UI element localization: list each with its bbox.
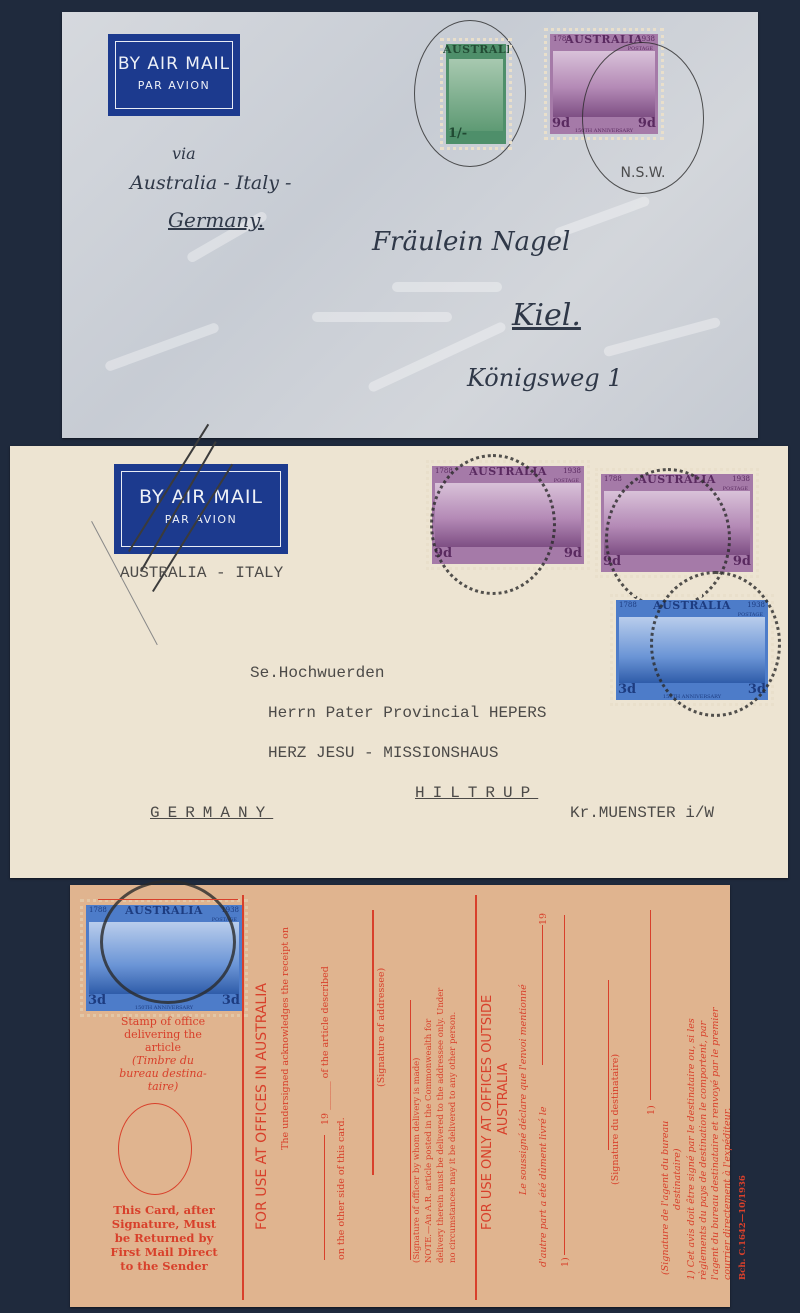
divider-line (475, 895, 477, 1300)
air-mail-label-line1: BY AIR MAIL (116, 54, 232, 74)
postmark-circle (118, 1103, 192, 1195)
address-town: HILTRUP (415, 784, 538, 802)
postmark (650, 571, 781, 717)
ack-line-1: The undersigned acknowledges the receipt… (280, 927, 291, 1150)
address-city: Kiel. (512, 298, 581, 333)
note-line-3: no circumstances may it be delivered to … (448, 1012, 458, 1263)
signature-destinataire-label: (Signature du destinataire) (610, 1054, 621, 1185)
airmail-envelope-2: BY AIR MAIL PAR AVION AUSTRALIA - ITALY … (10, 446, 788, 878)
address-recipient: Fräulein Nagel (372, 227, 570, 257)
air-mail-label-line2: PAR AVION (116, 79, 232, 92)
address-recipient: Herrn Pater Provincial HEPERS (268, 704, 546, 722)
postmark: N.S.W. (582, 42, 704, 194)
divider-line (98, 899, 238, 900)
routing-note-country: Germany. (168, 208, 264, 232)
address-district: Kr.MUENSTER i/W (570, 804, 714, 822)
stamp-banner: 150TH ANNIVERSARY (101, 1005, 227, 1011)
return-instructions: This Card, after Signature, Must be Retu… (94, 1203, 234, 1273)
ack-line-2: 19 ______ of the article described (320, 966, 331, 1125)
signature-line (650, 910, 651, 1100)
acknowledgement-of-receipt-card: 1788 AUSTRALIA 1938 POSTAGE 3d 3d 150TH … (70, 885, 730, 1307)
stamp-year-right: 1938 (732, 475, 750, 483)
routing-note-via: via (172, 144, 196, 163)
declaration-footnote-ref: 1) (560, 1257, 571, 1267)
airmail-envelope-1: BY AIR MAIL PAR AVION AUSTRALIA 1/- 1788… (62, 12, 758, 438)
section-heading-outside-2: AUSTRALIA (496, 1063, 511, 1135)
declaration-line-1: Le soussigné déclare que l'envoi mention… (518, 984, 529, 1195)
section-heading-australia: FOR USE AT OFFICES IN AUSTRALIA (254, 983, 270, 1230)
footnote-line-2: règlements du pays de destination le com… (698, 1021, 709, 1280)
signature-officer-label: (Signature of officer by whom delivery i… (412, 1057, 422, 1263)
stamp-lyrebird: AUSTRALIA 1/- (440, 38, 512, 150)
footnote-line-1: 1) Cet avis doit être signé par le desti… (686, 1018, 697, 1280)
air-mail-label: BY AIR MAIL PAR AVION (114, 464, 288, 554)
air-mail-label-line1: BY AIR MAIL (122, 486, 280, 508)
footnote-line-3: l'agent du bureau destinataire et renvoy… (710, 1007, 721, 1280)
section-heading-outside-1: FOR USE ONLY AT OFFICES OUTSIDE (480, 995, 495, 1230)
address-country: GERMANY (150, 804, 273, 822)
print-code: Bch. C.1642—10/1936 (738, 1175, 748, 1280)
route-line: AUSTRALIA - ITALY (120, 564, 283, 582)
declaration-line-2: d'autre part a été dûment livré le (538, 1107, 549, 1267)
ack-line-3: on the other side of this card. (336, 1117, 347, 1260)
plane-pattern (312, 312, 452, 322)
stamp-value: 1/- (448, 126, 467, 141)
note-line-1: NOTE.—An A.R. article posted in the Comm… (424, 1019, 434, 1263)
address-institution: HERZ JESU - MISSIONSHAUS (268, 744, 498, 762)
air-mail-label: BY AIR MAIL PAR AVION (108, 34, 240, 116)
signature-agent-label-2: destinataire) (672, 1148, 683, 1210)
divider-line (242, 895, 244, 1300)
postmark-region: N.S.W. (583, 165, 703, 181)
declaration-year: 19 (538, 913, 549, 925)
signature-line (608, 980, 609, 1150)
stamp-value: 9d (564, 546, 582, 561)
address-street: Königsweg 1 (467, 364, 623, 392)
signature-addressee-label: (Signature of addressee) (376, 968, 387, 1087)
signature-agent-label-1: (Signature de l'agent du bureau (660, 1121, 671, 1275)
fill-line (324, 1135, 325, 1260)
stamp-caption: Stamp of office delivering the article (… (108, 1015, 218, 1093)
signature-agent-ref: 1) (646, 1105, 657, 1115)
fill-line (542, 925, 543, 1065)
stamp-year-right: 1938 (563, 467, 581, 475)
plane-pattern (392, 282, 502, 292)
postmark (430, 454, 556, 595)
signature-line (410, 1000, 411, 1260)
address-salutation: Se.Hochwuerden (250, 664, 384, 682)
signature-line (564, 915, 565, 1255)
signature-line (372, 910, 374, 1175)
stamp-value: 9d (733, 554, 751, 569)
stamp-country: AUSTRALIA (443, 43, 509, 56)
plane-pattern (603, 317, 721, 358)
note-line-2: delivery therein must be delivered to th… (436, 988, 446, 1263)
footnote-line-4: courrier directement à l'expéditeur. (722, 1108, 733, 1280)
routing-note-route: Australia - Italy - (130, 172, 291, 194)
plane-pattern (104, 322, 220, 372)
